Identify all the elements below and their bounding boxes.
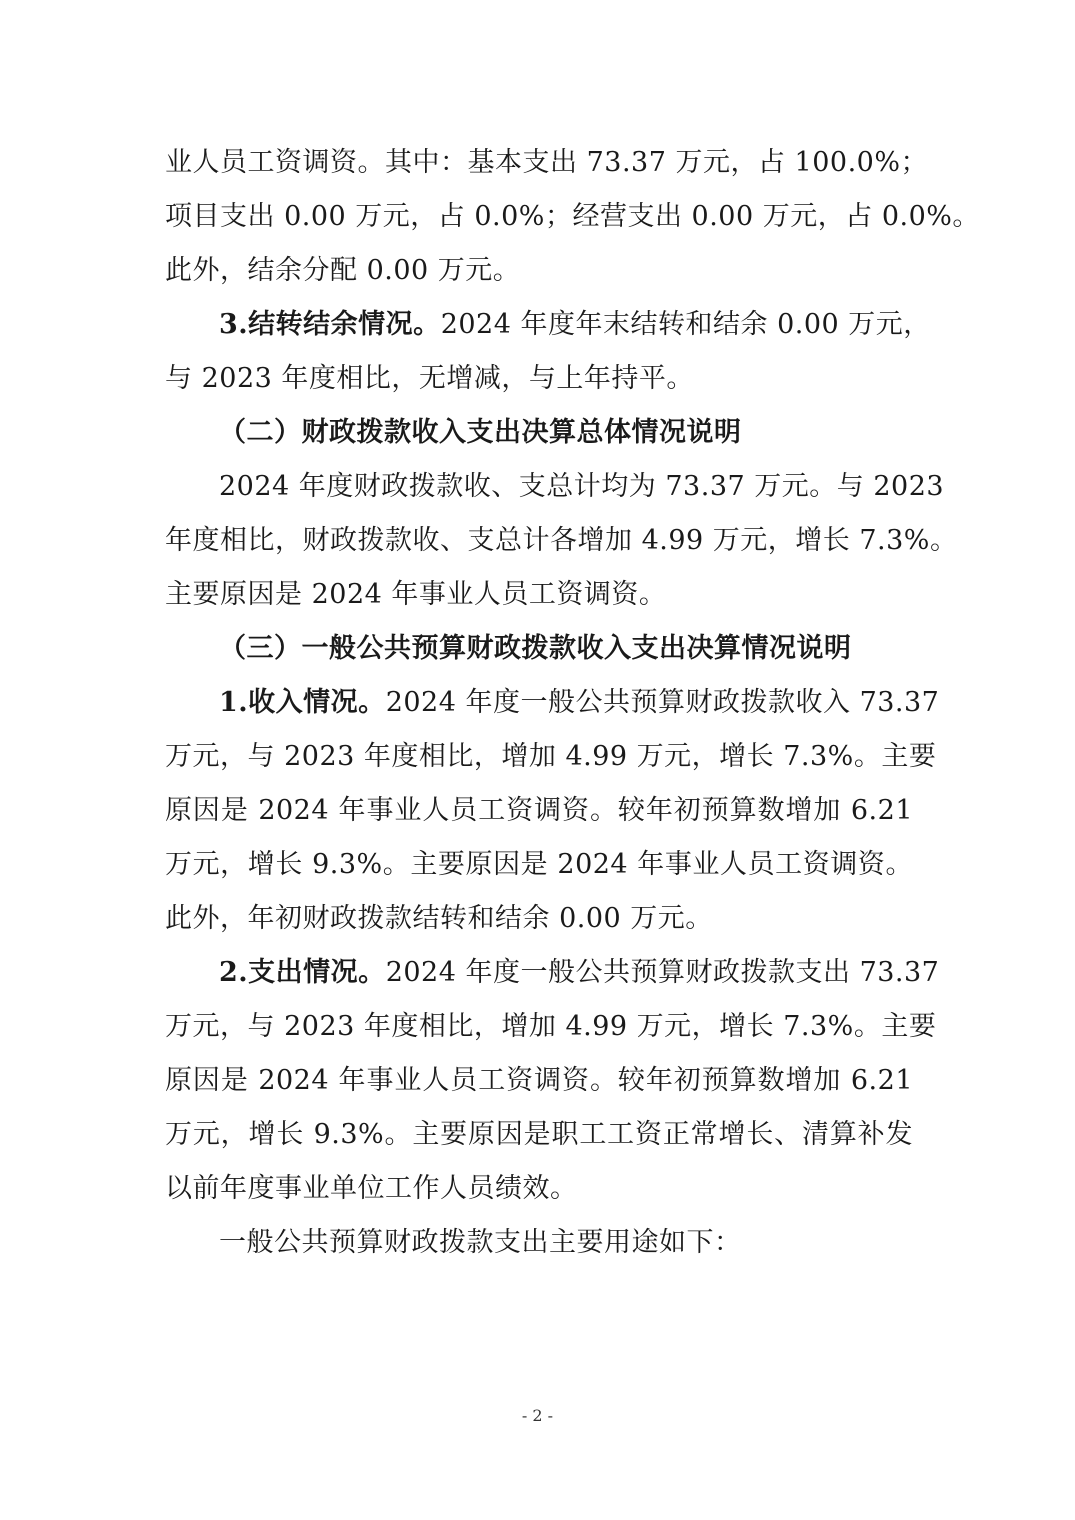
text-line: 与 2023 年度相比，无增减，与上年持平。 — [165, 352, 913, 406]
usage-intro: 一般公共预算财政拨款支出主要用途如下： — [165, 1216, 913, 1270]
expense-text: 2024 年度一般公共预算财政拨款支出 73.37 — [386, 957, 940, 988]
page-number: - 2 - — [0, 1406, 1075, 1425]
section-heading-2: （二）财政拨款收入支出决算总体情况说明 — [165, 406, 913, 460]
text-line: 此外，结余分配 0.00 万元。 — [165, 244, 913, 298]
text-line: 万元，与 2023 年度相比，增加 4.99 万元，增长 7.3%。主要 — [165, 1000, 913, 1054]
carryover-lead: 3.结转结余情况。 — [219, 309, 441, 340]
carryover-paragraph: 3.结转结余情况。2024 年度年末结转和结余 0.00 万元， — [165, 298, 913, 352]
text-line: 年度相比，财政拨款收、支总计各增加 4.99 万元，增长 7.3%。 — [165, 514, 913, 568]
text-line: 以前年度事业单位工作人员绩效。 — [165, 1162, 913, 1216]
expense-paragraph: 2.支出情况。2024 年度一般公共预算财政拨款支出 73.37 — [165, 946, 913, 1000]
income-text: 2024 年度一般公共预算财政拨款收入 73.37 — [386, 687, 940, 718]
text-line: 万元，增长 9.3%。主要原因是职工工资正常增长、清算补发 — [165, 1108, 913, 1162]
carryover-text: 2024 年度年末结转和结余 0.00 万元， — [441, 309, 931, 340]
income-paragraph: 1.收入情况。2024 年度一般公共预算财政拨款收入 73.37 — [165, 676, 913, 730]
text-line: 业人员工资调资。其中：基本支出 73.37 万元，占 100.0%； — [165, 136, 913, 190]
text-line: 2024 年度财政拨款收、支总计均为 73.37 万元。与 2023 — [165, 460, 913, 514]
document-page: 业人员工资调资。其中：基本支出 73.37 万元，占 100.0%； 项目支出 … — [165, 136, 913, 1270]
expense-lead: 2.支出情况。 — [219, 957, 386, 988]
text-line: 原因是 2024 年事业人员工资调资。较年初预算数增加 6.21 — [165, 1054, 913, 1108]
text-line: 万元，与 2023 年度相比，增加 4.99 万元，增长 7.3%。主要 — [165, 730, 913, 784]
text-line: 原因是 2024 年事业人员工资调资。较年初预算数增加 6.21 — [165, 784, 913, 838]
text-line: 此外，年初财政拨款结转和结余 0.00 万元。 — [165, 892, 913, 946]
income-lead: 1.收入情况。 — [219, 687, 386, 718]
text-line: 主要原因是 2024 年事业人员工资调资。 — [165, 568, 913, 622]
section-heading-3: （三）一般公共预算财政拨款收入支出决算情况说明 — [165, 622, 913, 676]
text-line: 项目支出 0.00 万元，占 0.0%；经营支出 0.00 万元，占 0.0%。 — [165, 190, 913, 244]
text-line: 万元，增长 9.3%。主要原因是 2024 年事业人员工资调资。 — [165, 838, 913, 892]
